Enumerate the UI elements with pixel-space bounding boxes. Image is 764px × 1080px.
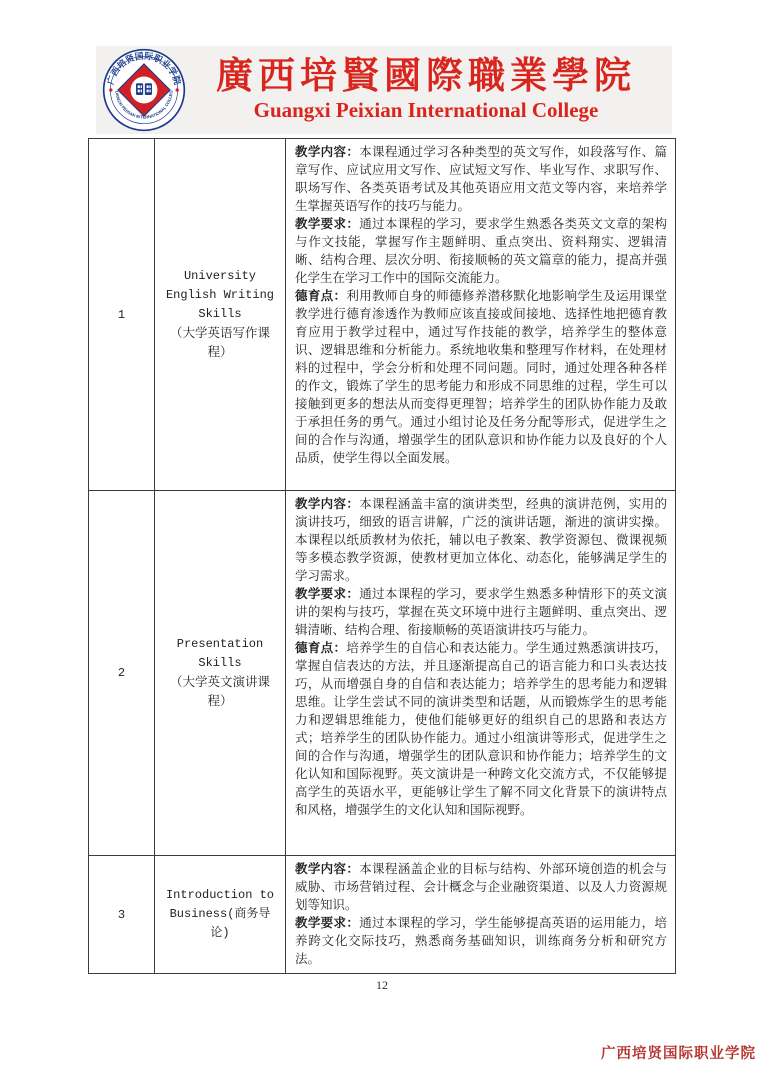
course-number: 2 [89, 491, 155, 855]
book-icon [131, 77, 158, 104]
section-text: 利用教师自身的师德修养潜移默化地影响学生及运用课堂教学进行德育渗透作为教师应该直… [295, 289, 667, 465]
course-name: Presentation Skills （大学英文演讲课程） [155, 491, 286, 855]
college-logo: 广西培贤国际职业学院 GUANGXI PEIXIAN INTERNATIONAL… [102, 48, 186, 132]
section-teaching-requirements: 教学要求：通过本课程的学习，学生能够提高英语的运用能力，培养跨文化交际技巧，熟悉… [295, 914, 667, 968]
section-teaching-content: 教学内容：本课程通过学习各种类型的英文写作，如段落写作、篇章写作、应试应用文写作… [295, 143, 667, 215]
course-name: Introduction to Business(商务导论) [155, 856, 286, 973]
course-description: 教学内容：本课程涵盖丰富的演讲类型，经典的演讲范例，实用的演讲技巧，细致的语言讲… [286, 491, 675, 855]
college-name-chinese: 廣西培賢國際職業學院 [186, 57, 666, 97]
section-label: 德育点： [295, 641, 346, 655]
section-teaching-requirements: 教学要求：通过本课程的学习，要求学生熟悉各类英文文章的架构与作文技能，掌握写作主… [295, 215, 667, 287]
college-titles: 廣西培賢國際職業學院 Guangxi Peixian International… [186, 57, 672, 123]
course-number: 1 [89, 139, 155, 490]
college-seal-icon: 广西培贤国际职业学院 GUANGXI PEIXIAN INTERNATIONAL… [102, 48, 186, 132]
course-name-english: Introduction to Business(商务导论) [161, 886, 279, 943]
section-label: 教学内容： [295, 145, 359, 159]
course-name-chinese: （大学英语写作课程） [161, 324, 279, 362]
footer-college-name: 广西培贤国际职业学院 [601, 1042, 756, 1063]
course-number: 3 [89, 856, 155, 973]
course-description: 教学内容：本课程通过学习各种类型的英文写作，如段落写作、篇章写作、应试应用文写作… [286, 139, 675, 490]
section-label: 教学内容： [295, 862, 359, 876]
section-label: 教学内容： [295, 497, 359, 511]
course-name-chinese: （大学英文演讲课程） [161, 673, 279, 711]
section-teaching-content: 教学内容：本课程涵盖丰富的演讲类型，经典的演讲范例，实用的演讲技巧，细致的语言讲… [295, 495, 667, 585]
page-number: 12 [0, 978, 764, 993]
table-row: 1 University English Writing Skills （大学英… [89, 139, 675, 491]
section-label: 教学要求： [295, 587, 359, 601]
table-row: 3 Introduction to Business(商务导论) 教学内容：本课… [89, 856, 675, 973]
course-table: 1 University English Writing Skills （大学英… [88, 138, 676, 974]
college-name-english: Guangxi Peixian International College [186, 97, 666, 123]
course-name: University English Writing Skills （大学英语写… [155, 139, 286, 490]
course-description: 教学内容：本课程涵盖企业的目标与结构、外部环境创造的机会与威胁、市场营销过程、会… [286, 856, 675, 973]
course-name-english: University English Writing Skills [161, 267, 279, 324]
section-text: 培养学生的自信心和表达能力。学生通过熟悉演讲技巧，掌握自信表达的方法，并且逐渐提… [295, 641, 667, 817]
college-header: 广西培贤国际职业学院 GUANGXI PEIXIAN INTERNATIONAL… [96, 46, 672, 134]
section-teaching-requirements: 教学要求：通过本课程的学习，要求学生熟悉多种情形下的英文演讲的架构与技巧，掌握在… [295, 585, 667, 639]
section-moral-education: 德育点：培养学生的自信心和表达能力。学生通过熟悉演讲技巧，掌握自信表达的方法，并… [295, 639, 667, 819]
section-moral-education: 德育点：利用教师自身的师德修养潜移默化地影响学生及运用课堂教学进行德育渗透作为教… [295, 287, 667, 467]
section-label: 教学要求： [295, 217, 359, 231]
section-teaching-content: 教学内容：本课程涵盖企业的目标与结构、外部环境创造的机会与威胁、市场营销过程、会… [295, 860, 667, 914]
table-row: 2 Presentation Skills （大学英文演讲课程） 教学内容：本课… [89, 491, 675, 856]
document-page: 广西培贤国际职业学院 GUANGXI PEIXIAN INTERNATIONAL… [0, 0, 764, 1080]
section-label: 德育点： [295, 289, 346, 303]
section-label: 教学要求： [295, 916, 359, 930]
course-name-english: Presentation Skills [161, 635, 279, 673]
